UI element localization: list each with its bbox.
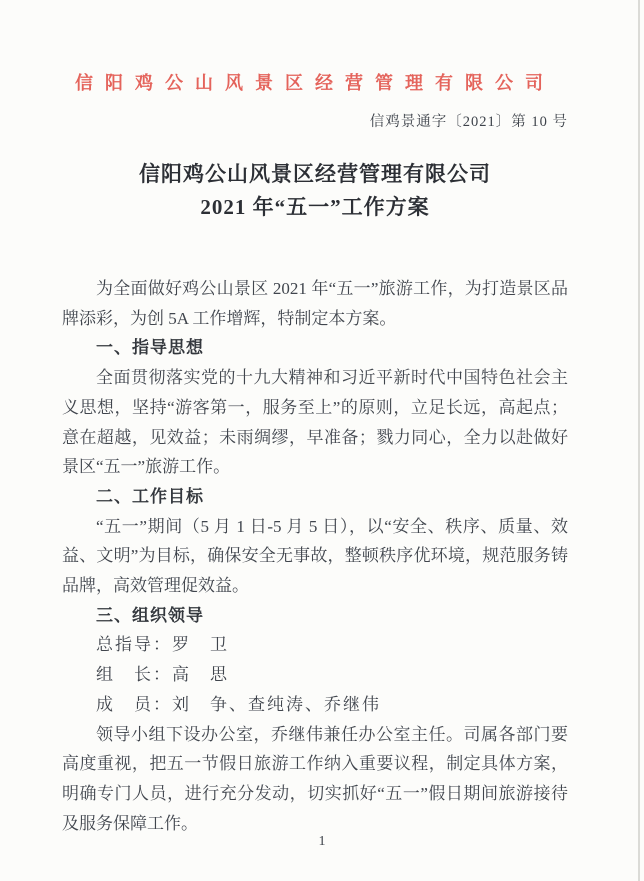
paragraph-guiding: 全面贯彻落实党的十九大精神和习近平新时代中国特色社会主义思想，坚持“游客第一，服…: [62, 363, 568, 482]
document-body: 为全面做好鸡公山景区 2021 年“五一”旅游工作，为打造景区品牌添彩，为创 5…: [62, 274, 568, 838]
document-reference-number: 信鸡景通字〔2021〕第 10 号: [62, 112, 568, 132]
personnel-members: 成 员：刘 争、查纯涛、乔继伟: [62, 690, 568, 720]
section-heading-1: 一、指导思想: [62, 333, 568, 363]
document-title-line2: 2021 年“五一”工作方案: [62, 191, 568, 224]
paragraph-intro: 为全面做好鸡公山景区 2021 年“五一”旅游工作，为打造景区品牌添彩，为创 5…: [62, 274, 568, 333]
document-title: 信阳鸡公山风景区经营管理有限公司 2021 年“五一”工作方案: [62, 158, 568, 224]
document-content: 信阳鸡公山风景区经营管理有限公司 信鸡景通字〔2021〕第 10 号 信阳鸡公山…: [0, 0, 644, 838]
document-title-line1: 信阳鸡公山风景区经营管理有限公司: [62, 158, 568, 191]
letterhead-org-name: 信阳鸡公山风景区经营管理有限公司: [62, 0, 568, 96]
section-heading-2: 二、工作目标: [62, 482, 568, 512]
page-number: 1: [0, 834, 644, 850]
scanned-document-page: 信阳鸡公山风景区经营管理有限公司 信鸡景通字〔2021〕第 10 号 信阳鸡公山…: [0, 0, 644, 881]
paragraph-goals: “五一”期间（5 月 1 日-5 月 5 日），以“安全、秩序、质量、效益、文明…: [62, 512, 568, 601]
section-heading-3: 三、组织领导: [62, 601, 568, 631]
personnel-director: 总指导：罗 卫: [62, 630, 568, 660]
personnel-leader: 组 长：高 思: [62, 660, 568, 690]
paragraph-organization: 领导小组下设办公室，乔继伟兼任办公室主任。司属各部门要高度重视，把五一节假日旅游…: [62, 720, 568, 839]
